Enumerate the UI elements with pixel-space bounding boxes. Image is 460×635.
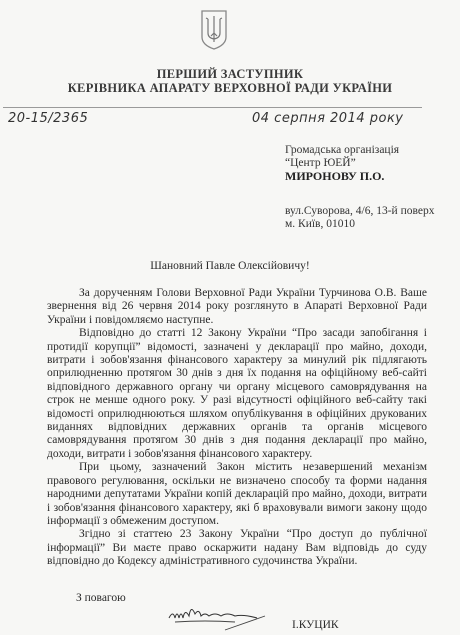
closing-phrase: З повагою xyxy=(76,592,126,604)
letterhead-subtitle: КЕРІВНИКА АПАРАТУ ВЕРХОВНОЇ РАДИ УКРАЇНИ xyxy=(0,81,460,96)
recipient-person: МИРОНОВУ П.О. xyxy=(285,170,384,183)
recipient-street: вул.Суворова, 4/6, 13-й поверх xyxy=(285,205,434,218)
paragraph: При цьому, зазначений Закон містить неза… xyxy=(47,461,427,528)
letter-page: ПЕРШИЙ ЗАСТУПНИК КЕРІВНИКА АПАРАТУ ВЕРХО… xyxy=(0,0,460,635)
letterhead-title: ПЕРШИЙ ЗАСТУПНИК xyxy=(0,67,460,82)
handwritten-signature-icon xyxy=(165,600,275,634)
recipient-city: м. Київ, 01010 xyxy=(285,218,355,231)
signer-name: І.КУЦИК xyxy=(292,619,339,631)
recipient-org-type: Громадська організація xyxy=(285,144,399,157)
registration-date: 04 серпня 2014 року xyxy=(252,111,404,126)
letterhead-divider xyxy=(3,107,422,108)
trident-emblem-icon xyxy=(199,9,229,51)
paragraph: Відповідно до статті 12 Закону України “… xyxy=(47,327,427,461)
registration-number: 20-15/2365 xyxy=(8,111,88,126)
salutation: Шановний Павле Олексійовичу! xyxy=(0,260,460,272)
paragraph: Згідно зі статтею 23 Закону України “Про… xyxy=(47,528,427,568)
paragraph: За дорученням Голови Верховної Ради Укра… xyxy=(47,287,427,327)
letter-body: За дорученням Голови Верховної Ради Укра… xyxy=(47,287,427,569)
